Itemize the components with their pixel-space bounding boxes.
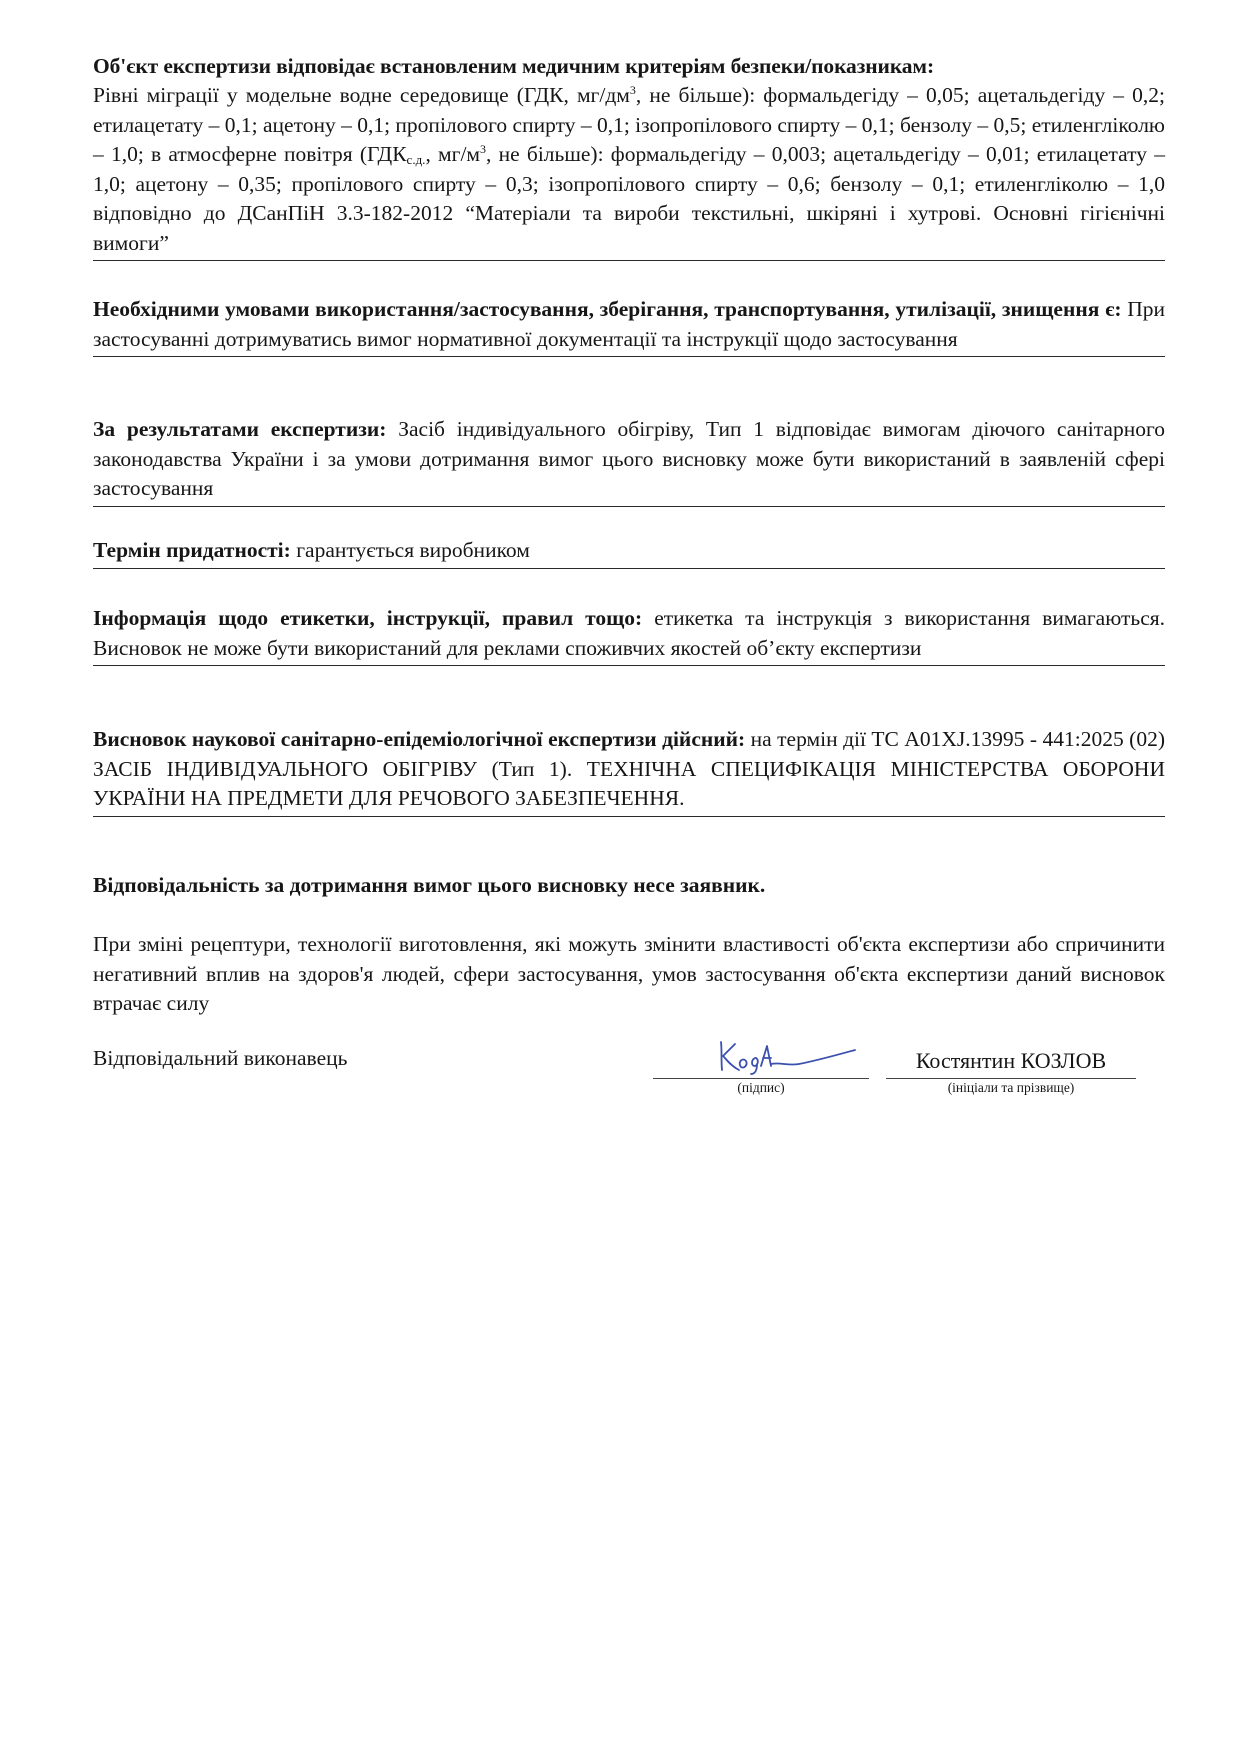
shelf-life-text: Термін придатності: гарантується виробни…: [93, 536, 1165, 566]
safety-criteria-heading: Об'єкт експертизи відповідає встановлени…: [93, 52, 1165, 81]
section-divider: [93, 665, 1165, 666]
changes-section: При зміні рецептури, технології виготовл…: [93, 930, 1165, 1019]
validity-section: Висновок наукової санітарно-епідеміологі…: [93, 725, 1165, 817]
validity-label: Висновок наукової санітарно-епідеміологі…: [93, 727, 745, 751]
signature-line: [653, 1078, 869, 1079]
responsibility-text: Відповідальність за дотримання вимог цьо…: [93, 871, 765, 901]
expertise-results-label: За результатами експертизи:: [93, 417, 386, 441]
section-divider: [93, 356, 1165, 357]
signature-caption: (підпис): [653, 1080, 869, 1096]
criteria-text-part: , мг/м: [425, 142, 480, 166]
label-info-label: Інформація щодо етикетки, інструкції, пр…: [93, 606, 642, 630]
validity-text: Висновок наукової санітарно-епідеміологі…: [93, 725, 1165, 814]
expertise-results-text: За результатами експертизи: Засіб індиві…: [93, 415, 1165, 504]
handwritten-signature-icon: [715, 1036, 865, 1080]
usage-conditions-text: Необхідними умовами використання/застосу…: [93, 295, 1165, 354]
name-caption: (ініціали та прізвище): [886, 1080, 1136, 1096]
criteria-text-part: Рівні міграції у модельне водне середови…: [93, 83, 630, 107]
usage-conditions-section: Необхідними умовами використання/застосу…: [93, 295, 1165, 357]
shelf-life-label: Термін придатності:: [93, 538, 291, 562]
signer-name: Костянтин КОЗЛОВ: [886, 1048, 1136, 1074]
responsibility-section: Відповідальність за дотримання вимог цьо…: [93, 871, 765, 901]
signature-area: (підпис): [653, 1040, 869, 1100]
name-line: [886, 1078, 1136, 1079]
expertise-results-section: За результатами експертизи: Засіб індиві…: [93, 415, 1165, 507]
label-info-text: Інформація щодо етикетки, інструкції, пр…: [93, 604, 1165, 663]
executor-label: Відповідальний виконавець: [93, 1046, 347, 1071]
shelf-life-value: гарантується виробником: [291, 538, 530, 562]
responsibility-statement: Відповідальність за дотримання вимог цьо…: [93, 873, 765, 897]
shelf-life-section: Термін придатності: гарантується виробни…: [93, 536, 1165, 569]
safety-criteria-section: Об'єкт експертизи відповідає встановлени…: [93, 52, 1165, 261]
section-divider: [93, 260, 1165, 261]
section-divider: [93, 568, 1165, 569]
label-info-section: Інформація щодо етикетки, інструкції, пр…: [93, 604, 1165, 666]
signature-block: Відповідальний виконавець (підпис) Костя…: [93, 1040, 1165, 1100]
subscript-sd: с.д.: [407, 152, 426, 167]
changes-text: При зміні рецептури, технології виготовл…: [93, 930, 1165, 1019]
section-divider: [93, 506, 1165, 507]
name-area: Костянтин КОЗЛОВ (ініціали та прізвище): [886, 1040, 1136, 1100]
safety-criteria-text: Рівні міграції у модельне водне середови…: [93, 81, 1165, 258]
usage-conditions-label: Необхідними умовами використання/застосу…: [93, 297, 1122, 321]
section-divider: [93, 816, 1165, 817]
